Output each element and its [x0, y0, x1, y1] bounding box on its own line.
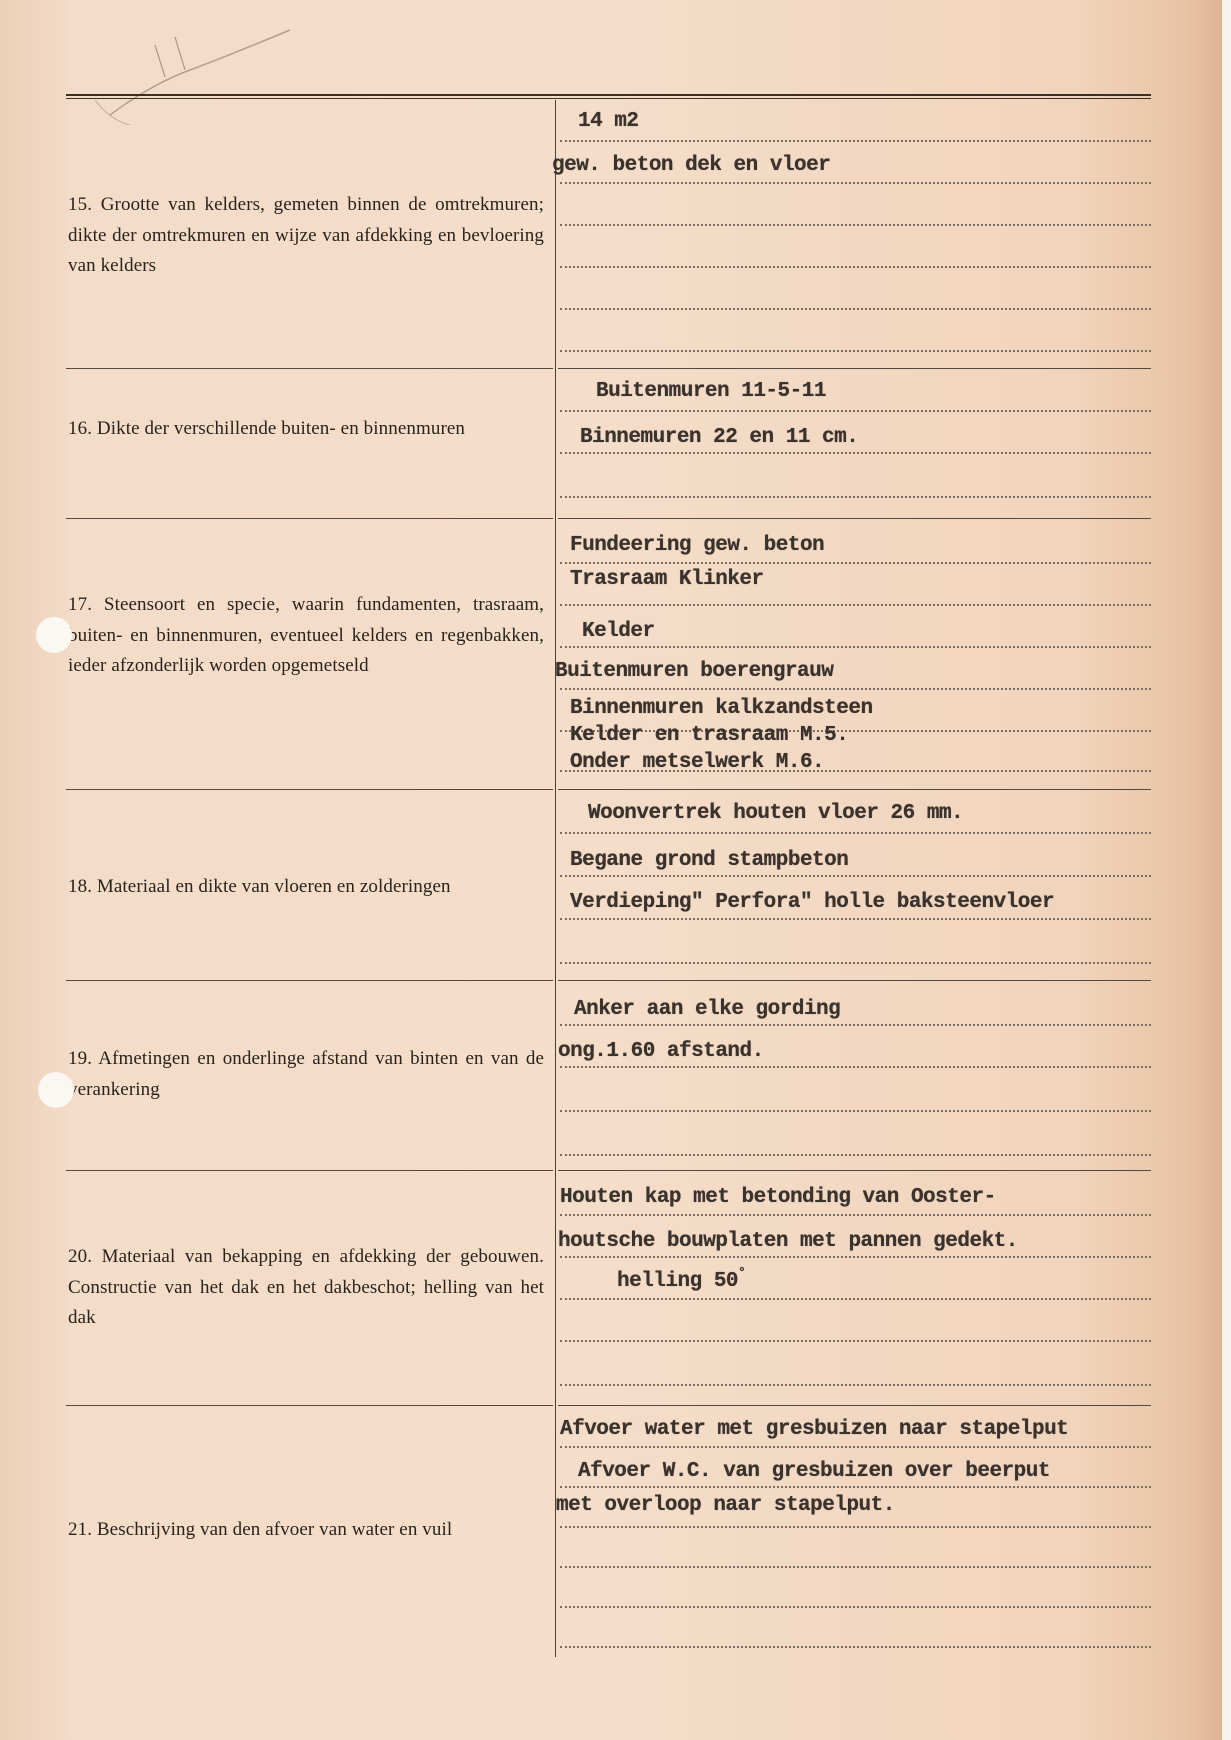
answer-line	[560, 1384, 1151, 1386]
row-separator	[66, 1405, 553, 1406]
answer-line	[560, 1446, 1151, 1448]
answer-21-line-1: Afvoer water met gresbuizen naar stapelp…	[560, 1418, 1068, 1441]
degree-mark: °	[738, 1265, 745, 1280]
answer-line	[560, 1066, 1151, 1068]
row-separator	[558, 789, 1151, 790]
answer-line	[560, 1566, 1151, 1568]
answer-17-line-5: Binnenmuren kalkzandsteen	[570, 697, 873, 720]
answer-line	[560, 1024, 1151, 1026]
answer-line	[560, 224, 1151, 226]
row-separator	[558, 518, 1151, 519]
answer-line	[560, 688, 1151, 690]
row-separator	[66, 518, 553, 519]
answer-line	[560, 875, 1151, 877]
answer-line	[560, 140, 1151, 142]
answer-17-line-7: Onder metselwerk M.6.	[570, 751, 824, 774]
answer-16-line-1: Buitenmuren 11-5-11	[596, 380, 826, 403]
answer-17-line-3: Kelder	[582, 620, 655, 643]
column-divider	[555, 100, 556, 1657]
punch-hole	[36, 617, 72, 653]
answer-line	[560, 1340, 1151, 1342]
page-edge	[1222, 0, 1231, 1740]
question-19: 19. Afmetingen en onderlinge afstand van…	[68, 1044, 544, 1105]
answer-line	[560, 1486, 1151, 1488]
row-separator	[66, 368, 553, 369]
answer-18-line-3: Verdieping" Perfora" holle baksteenvloer	[570, 891, 1054, 914]
answer-21-line-2: Afvoer W.C. van gresbuizen over beerput	[578, 1460, 1050, 1483]
answer-line	[560, 1154, 1151, 1156]
answer-line	[560, 266, 1151, 268]
row-separator	[558, 980, 1151, 981]
question-20: 20. Materiaal van bekapping en afdekking…	[68, 1242, 544, 1334]
answer-20-line-3: helling 50°	[617, 1270, 745, 1293]
answer-line	[560, 604, 1151, 606]
answer-21-line-3: met overloop naar stapelput.	[556, 1494, 895, 1517]
answer-line	[560, 1110, 1151, 1112]
pencil-scribble	[50, 15, 350, 125]
row-separator	[558, 368, 1151, 369]
header-rule-thin	[66, 98, 1151, 99]
answer-17-line-6: Kelder en trasraam M.5.	[570, 724, 848, 747]
answer-17-line-1: Fundeering gew. beton	[570, 534, 824, 557]
document-page: 15. Grootte van kelders, gemeten binnen …	[0, 0, 1222, 1740]
answer-17-line-4: Buitenmuren boerengrauw	[555, 660, 833, 683]
row-separator	[558, 1170, 1151, 1171]
answer-line	[560, 1214, 1151, 1216]
answer-19-line-2: ong.1.60 afstand.	[558, 1040, 764, 1063]
answer-20-line-2: houtsche bouwplaten met pannen gedekt.	[558, 1230, 1018, 1253]
punch-hole	[38, 1072, 74, 1108]
answer-line	[560, 182, 1151, 184]
row-separator	[558, 1405, 1151, 1406]
answer-line	[560, 1526, 1151, 1528]
answer-line	[560, 350, 1151, 352]
answer-line	[560, 1298, 1151, 1300]
answer-15-line-1: 14 m2	[578, 110, 639, 133]
row-separator	[66, 1170, 553, 1171]
answer-line	[560, 410, 1151, 412]
answer-18-line-1: Woonvertrek houten vloer 26 mm.	[588, 802, 963, 825]
answer-line	[560, 308, 1151, 310]
question-18: 18. Materiaal en dikte van vloeren en zo…	[68, 872, 544, 903]
answer-line	[560, 1256, 1151, 1258]
header-rule	[66, 94, 1151, 96]
answer-line	[560, 918, 1151, 920]
answer-19-line-1: Anker aan elke gording	[574, 998, 840, 1021]
answer-line	[560, 1606, 1151, 1608]
question-17: 17. Steensoort en specie, waarin fundame…	[68, 590, 544, 682]
answer-20-line-1: Houten kap met betonding van Ooster-	[560, 1186, 996, 1209]
row-separator	[66, 980, 553, 981]
answer-15-line-2: gew. beton dek en vloer	[552, 154, 830, 177]
answer-line	[560, 646, 1151, 648]
answer-18-line-2: Begane grond stampbeton	[570, 849, 848, 872]
question-16: 16. Dikte der verschillende buiten- en b…	[68, 414, 544, 445]
answer-line	[560, 562, 1151, 564]
row-separator	[66, 789, 553, 790]
answer-16-line-2: Binnemuren 22 en 11 cm.	[580, 426, 858, 449]
question-15: 15. Grootte van kelders, gemeten binnen …	[68, 190, 544, 282]
answer-line	[560, 962, 1151, 964]
answer-17-line-2: Trasraam Klinker	[570, 568, 764, 591]
question-21: 21. Beschrijving van den afvoer van wate…	[68, 1515, 544, 1546]
answer-line	[560, 452, 1151, 454]
answer-line	[560, 832, 1151, 834]
answer-line	[560, 496, 1151, 498]
answer-line	[560, 1646, 1151, 1648]
